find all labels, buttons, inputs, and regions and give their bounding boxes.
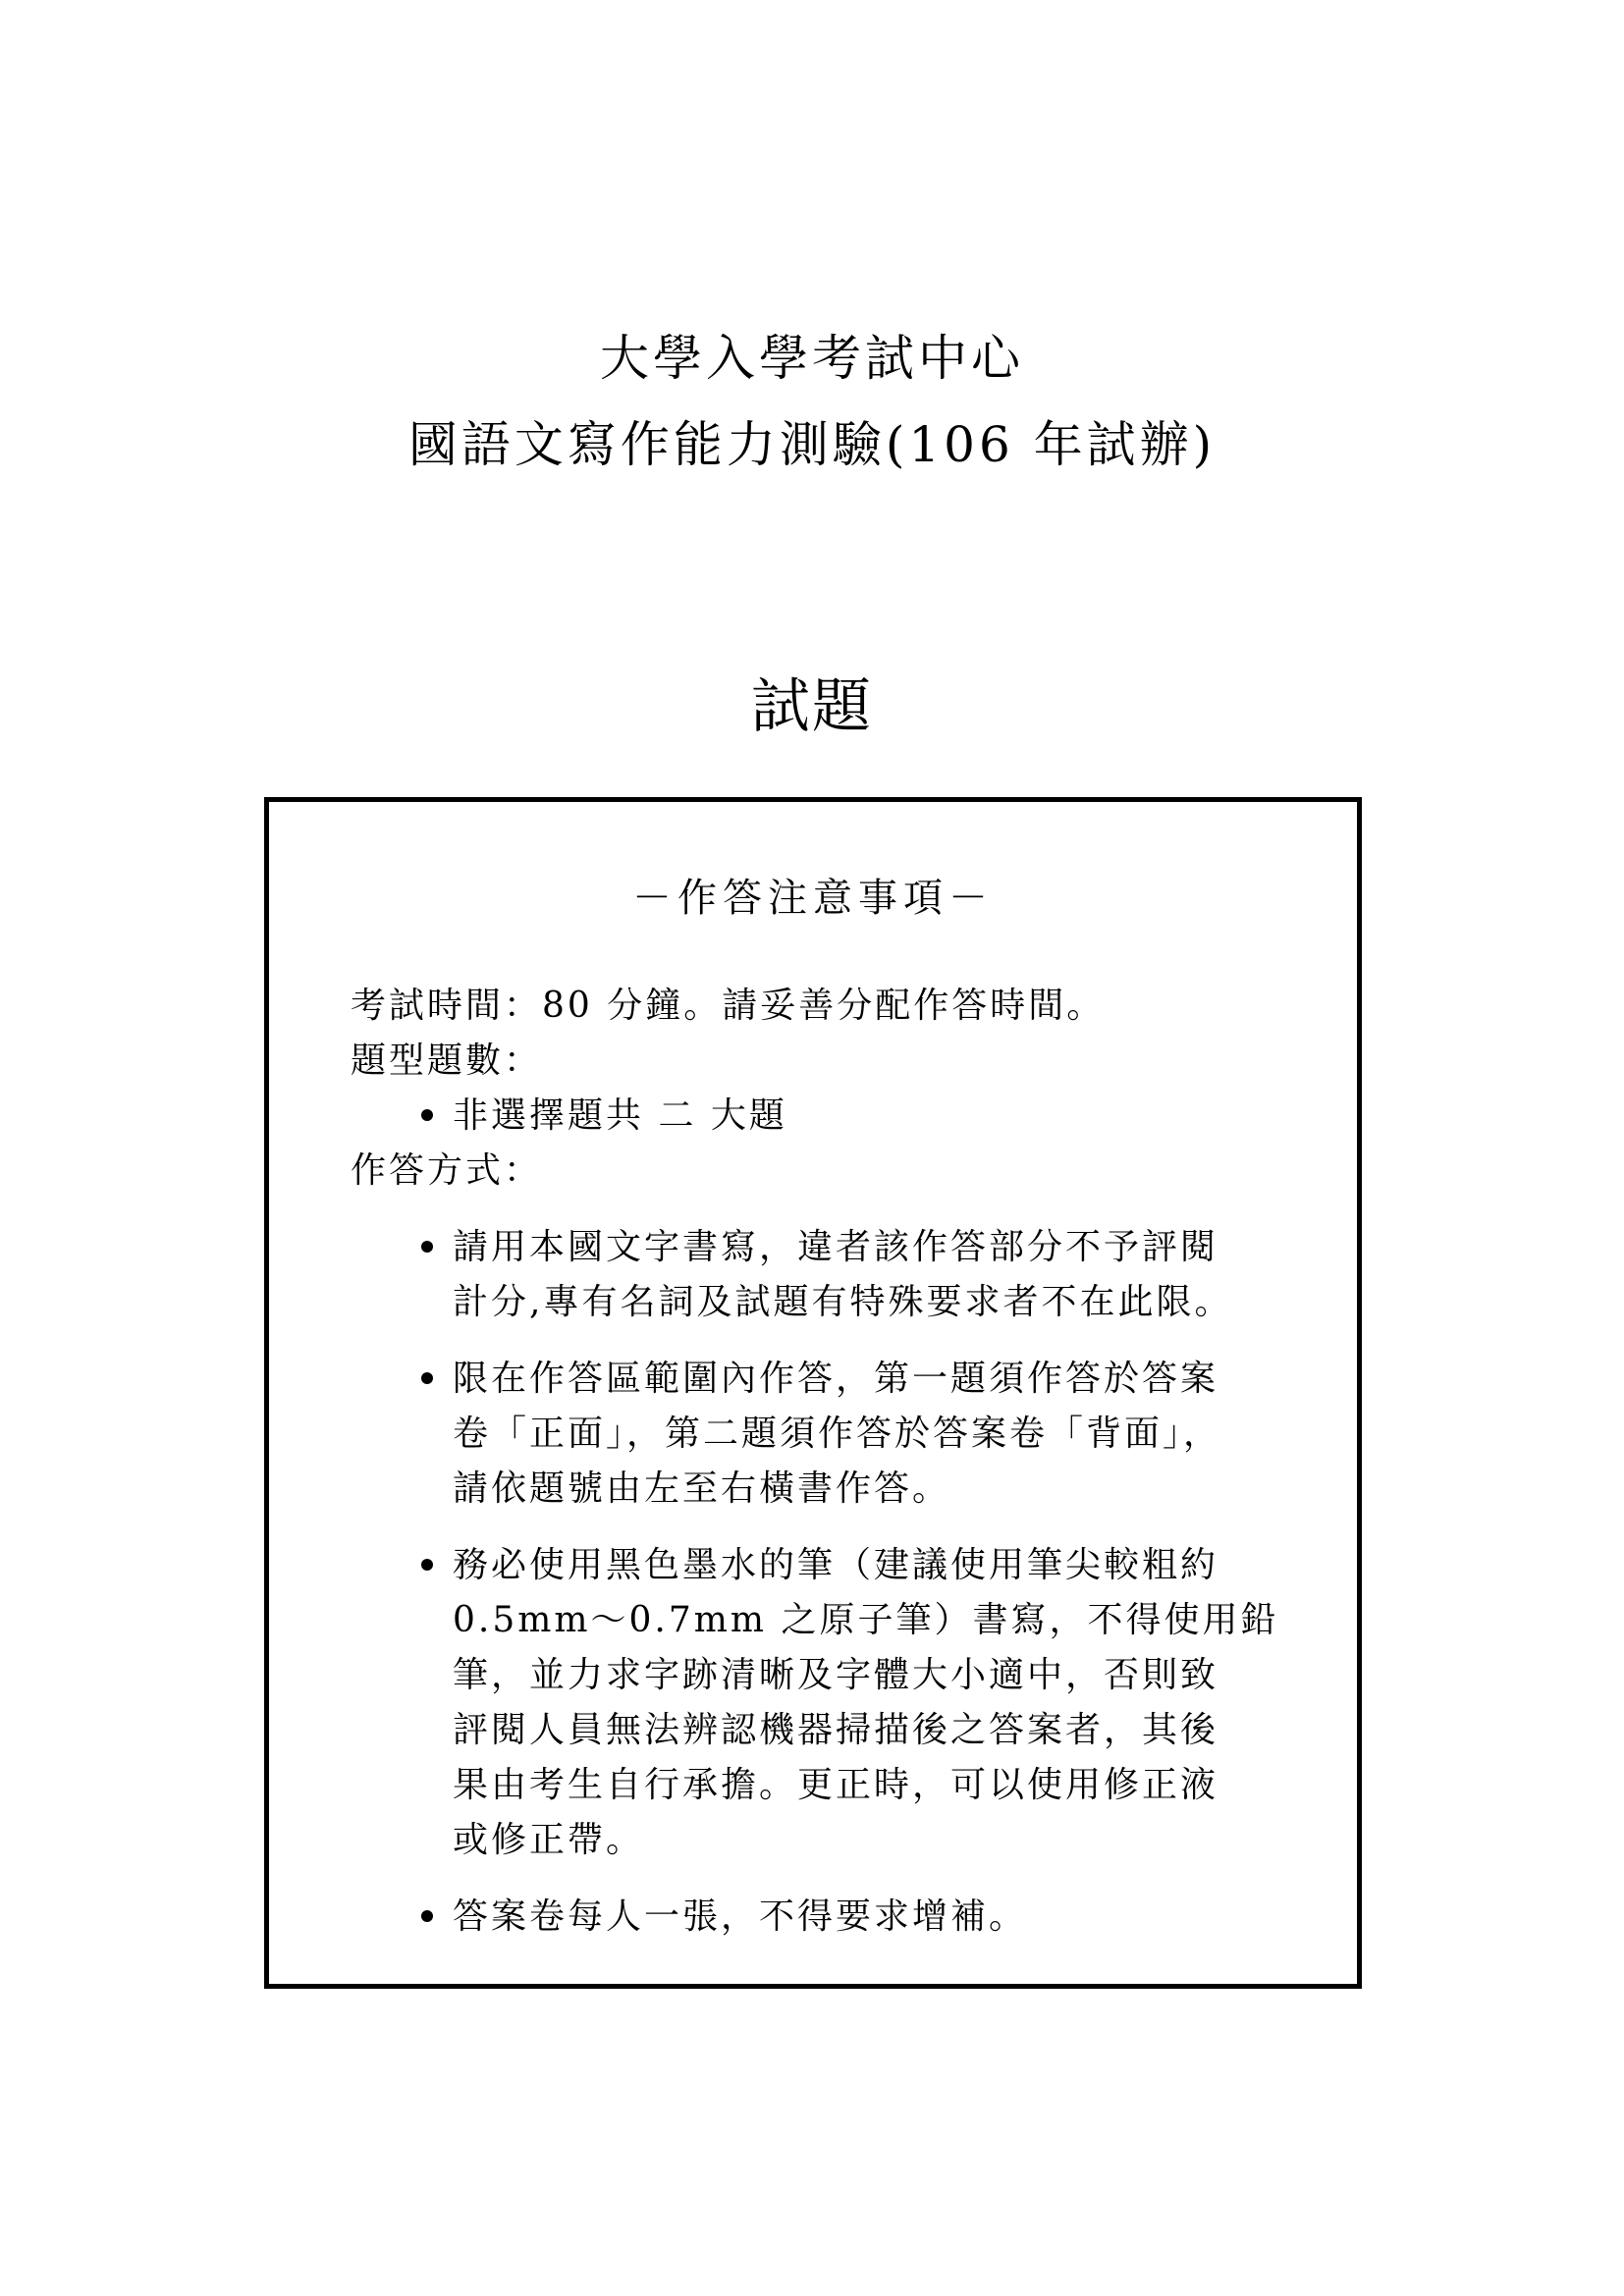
answer-rule-text: 限在作答區範圍內作答，第一題須作答於答案 卷「正面」，第二題須作答於答案卷「背面… — [351, 1352, 1297, 1517]
rule-line: 務必使用黑色墨水的筆（建議使用筆尖較粗約 — [453, 1538, 1297, 1593]
rule-line: 請用本國文字書寫，違者該作答部分不予評閱 — [453, 1220, 1297, 1275]
rule-line: 0.5mm～0.7mm 之原子筆）書寫，不得使用鉛 — [453, 1593, 1297, 1648]
answer-method-label: 作答方式： — [351, 1144, 1293, 1199]
rule-line: 卷「正面」，第二題須作答於答案卷「背面」， — [453, 1407, 1297, 1462]
question-type-item: 非選擇題共 二 大題 — [351, 1089, 1293, 1144]
rule-line: 筆，並力求字跡清晰及字體大小適中，否則致 — [453, 1648, 1297, 1703]
rule-line: 計分,專有名詞及試題有特殊要求者不在此限。 — [453, 1275, 1297, 1330]
instructions-body: 考試時間：80 分鐘。請妥善分配作答時間。 題型題數： 非選擇題共 二 大題 作… — [351, 979, 1293, 1945]
answer-rule-item: 答案卷每人一張，不得要求增補。 — [351, 1890, 1293, 1945]
instructions-heading: －作答注意事項－ — [269, 869, 1357, 928]
answer-rule-item: 限在作答區範圍內作答，第一題須作答於答案 卷「正面」，第二題須作答於答案卷「背面… — [351, 1352, 1293, 1517]
rule-line: 果由考生自行承擔。更正時，可以使用修正液 — [453, 1758, 1297, 1813]
bullet-icon — [421, 1372, 433, 1384]
rule-line: 請依題號由左至右橫書作答。 — [453, 1462, 1297, 1517]
question-types-label: 題型題數： — [351, 1034, 1293, 1089]
exam-time-line: 考試時間：80 分鐘。請妥善分配作答時間。 — [351, 979, 1293, 1034]
bullet-icon — [421, 1109, 433, 1121]
question-type-text: 非選擇題共 二 大題 — [351, 1089, 1297, 1144]
answer-rule-text: 務必使用黑色墨水的筆（建議使用筆尖較粗約 0.5mm～0.7mm 之原子筆）書寫… — [351, 1538, 1297, 1868]
answer-rule-item: 請用本國文字書寫，違者該作答部分不予評閱 計分,專有名詞及試題有特殊要求者不在此… — [351, 1220, 1293, 1330]
answer-rule-item: 務必使用黑色墨水的筆（建議使用筆尖較粗約 0.5mm～0.7mm 之原子筆）書寫… — [351, 1538, 1293, 1868]
rule-line: 限在作答區範圍內作答，第一題須作答於答案 — [453, 1352, 1297, 1407]
rule-line: 答案卷每人一張，不得要求增補。 — [453, 1890, 1297, 1945]
rule-line: 評閱人員無法辨認機器掃描後之答案者，其後 — [453, 1703, 1297, 1758]
bullet-icon — [421, 1559, 433, 1571]
answer-rule-text: 答案卷每人一張，不得要求增補。 — [351, 1890, 1297, 1945]
bullet-icon — [421, 1241, 433, 1253]
paper-label: 試題 — [0, 667, 1624, 746]
instructions-box: －作答注意事項－ 考試時間：80 分鐘。請妥善分配作答時間。 題型題數： 非選擇… — [264, 797, 1362, 1989]
answer-rule-text: 請用本國文字書寫，違者該作答部分不予評閱 計分,專有名詞及試題有特殊要求者不在此… — [351, 1220, 1297, 1330]
organization-title: 大學入學考試中心 — [0, 324, 1624, 393]
exam-title: 國語文寫作能力測驗(106 年試辦) — [0, 410, 1624, 479]
bullet-icon — [421, 1910, 433, 1922]
rule-line: 或修正帶。 — [453, 1813, 1297, 1868]
